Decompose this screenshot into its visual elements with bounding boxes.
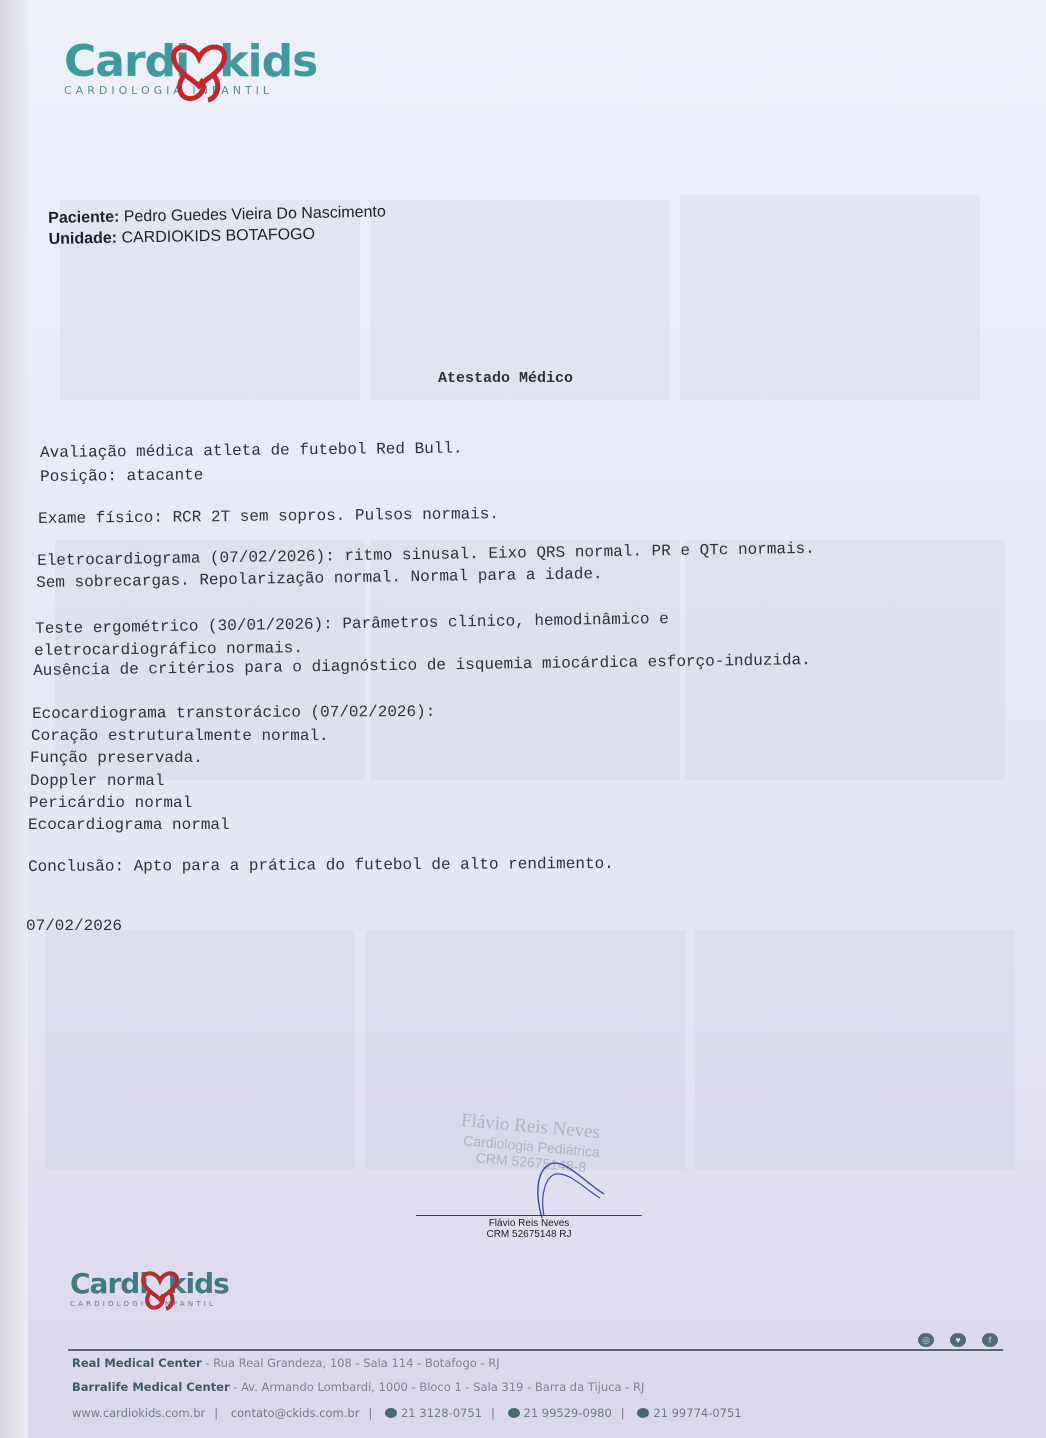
phone-number: 21 3128-0751 [401, 1406, 482, 1420]
footer-contacts: www.cardiokids.com.br| contato@ckids.com… [72, 1406, 742, 1420]
footer-divider [68, 1349, 1003, 1351]
instagram-icon[interactable]: ◎ [918, 1333, 934, 1347]
heart-logo-icon [164, 36, 234, 108]
body-line: Posição: atacante [40, 464, 203, 488]
body-line: Avaliação médica atleta de futebol Red B… [40, 438, 463, 464]
watermark-tile [680, 195, 980, 400]
watermark-tile [695, 930, 1015, 1170]
watermark-tile [45, 930, 355, 1170]
unit-name: CARDIOKIDS BOTAFOGO [121, 226, 315, 247]
body-line: Pericárdio normal [29, 792, 192, 814]
body-line: Coração estruturalmente normal. [31, 725, 329, 747]
whatsapp-number-2: 21 99774-0751 [653, 1406, 741, 1420]
twitter-icon[interactable]: ♥ [950, 1333, 966, 1347]
whatsapp-icon [637, 1408, 649, 1418]
patient-name: Pedro Guedes Vieira Do Nascimento [124, 204, 386, 226]
footer-address-2: Barralife Medical Center - Av. Armando L… [72, 1380, 644, 1394]
email-link[interactable]: contato@ckids.com.br [231, 1406, 360, 1420]
footer-cardiokids-logo: Cardikids CARDIOLOGIA INFANTIL [70, 1268, 229, 1308]
body-line: Função preservada. [30, 747, 203, 769]
patient-info: Paciente: Pedro Guedes Vieira Do Nascime… [48, 202, 386, 250]
document-title: Atestado Médico [438, 370, 573, 387]
doctor-printed-name: Flávio Reis Neves CRM 52675148 RJ [416, 1218, 642, 1240]
signature-scribble [534, 1150, 614, 1220]
body-line: Ecocardiograma normal [28, 814, 230, 836]
page-edge [0, 0, 28, 1438]
signature-line [416, 1215, 642, 1216]
document-date: 07/02/2026 [26, 915, 122, 937]
facebook-icon[interactable]: f [982, 1333, 998, 1347]
whatsapp-icon [508, 1408, 520, 1418]
footer-address-1: Real Medical Center - Rua Real Grandeza,… [72, 1356, 500, 1370]
cardiokids-logo: Cardikids CARDIOLOGIA INFANTIL [64, 38, 317, 97]
body-line: Doppler normal [30, 770, 164, 792]
body-line: Ecocardiograma transtorácico (07/02/2026… [32, 701, 435, 725]
phone-icon [385, 1408, 397, 1418]
body-line: Exame físico: RCR 2T sem sopros. Pulsos … [38, 503, 499, 530]
whatsapp-number-1: 21 99529-0980 [524, 1406, 612, 1420]
heart-logo-icon [136, 1266, 184, 1314]
social-icons: ◎ ♥ f [918, 1333, 998, 1347]
conclusion-line: Conclusão: Apto para a prática do futebo… [28, 853, 614, 878]
website-link[interactable]: www.cardiokids.com.br [72, 1406, 205, 1420]
